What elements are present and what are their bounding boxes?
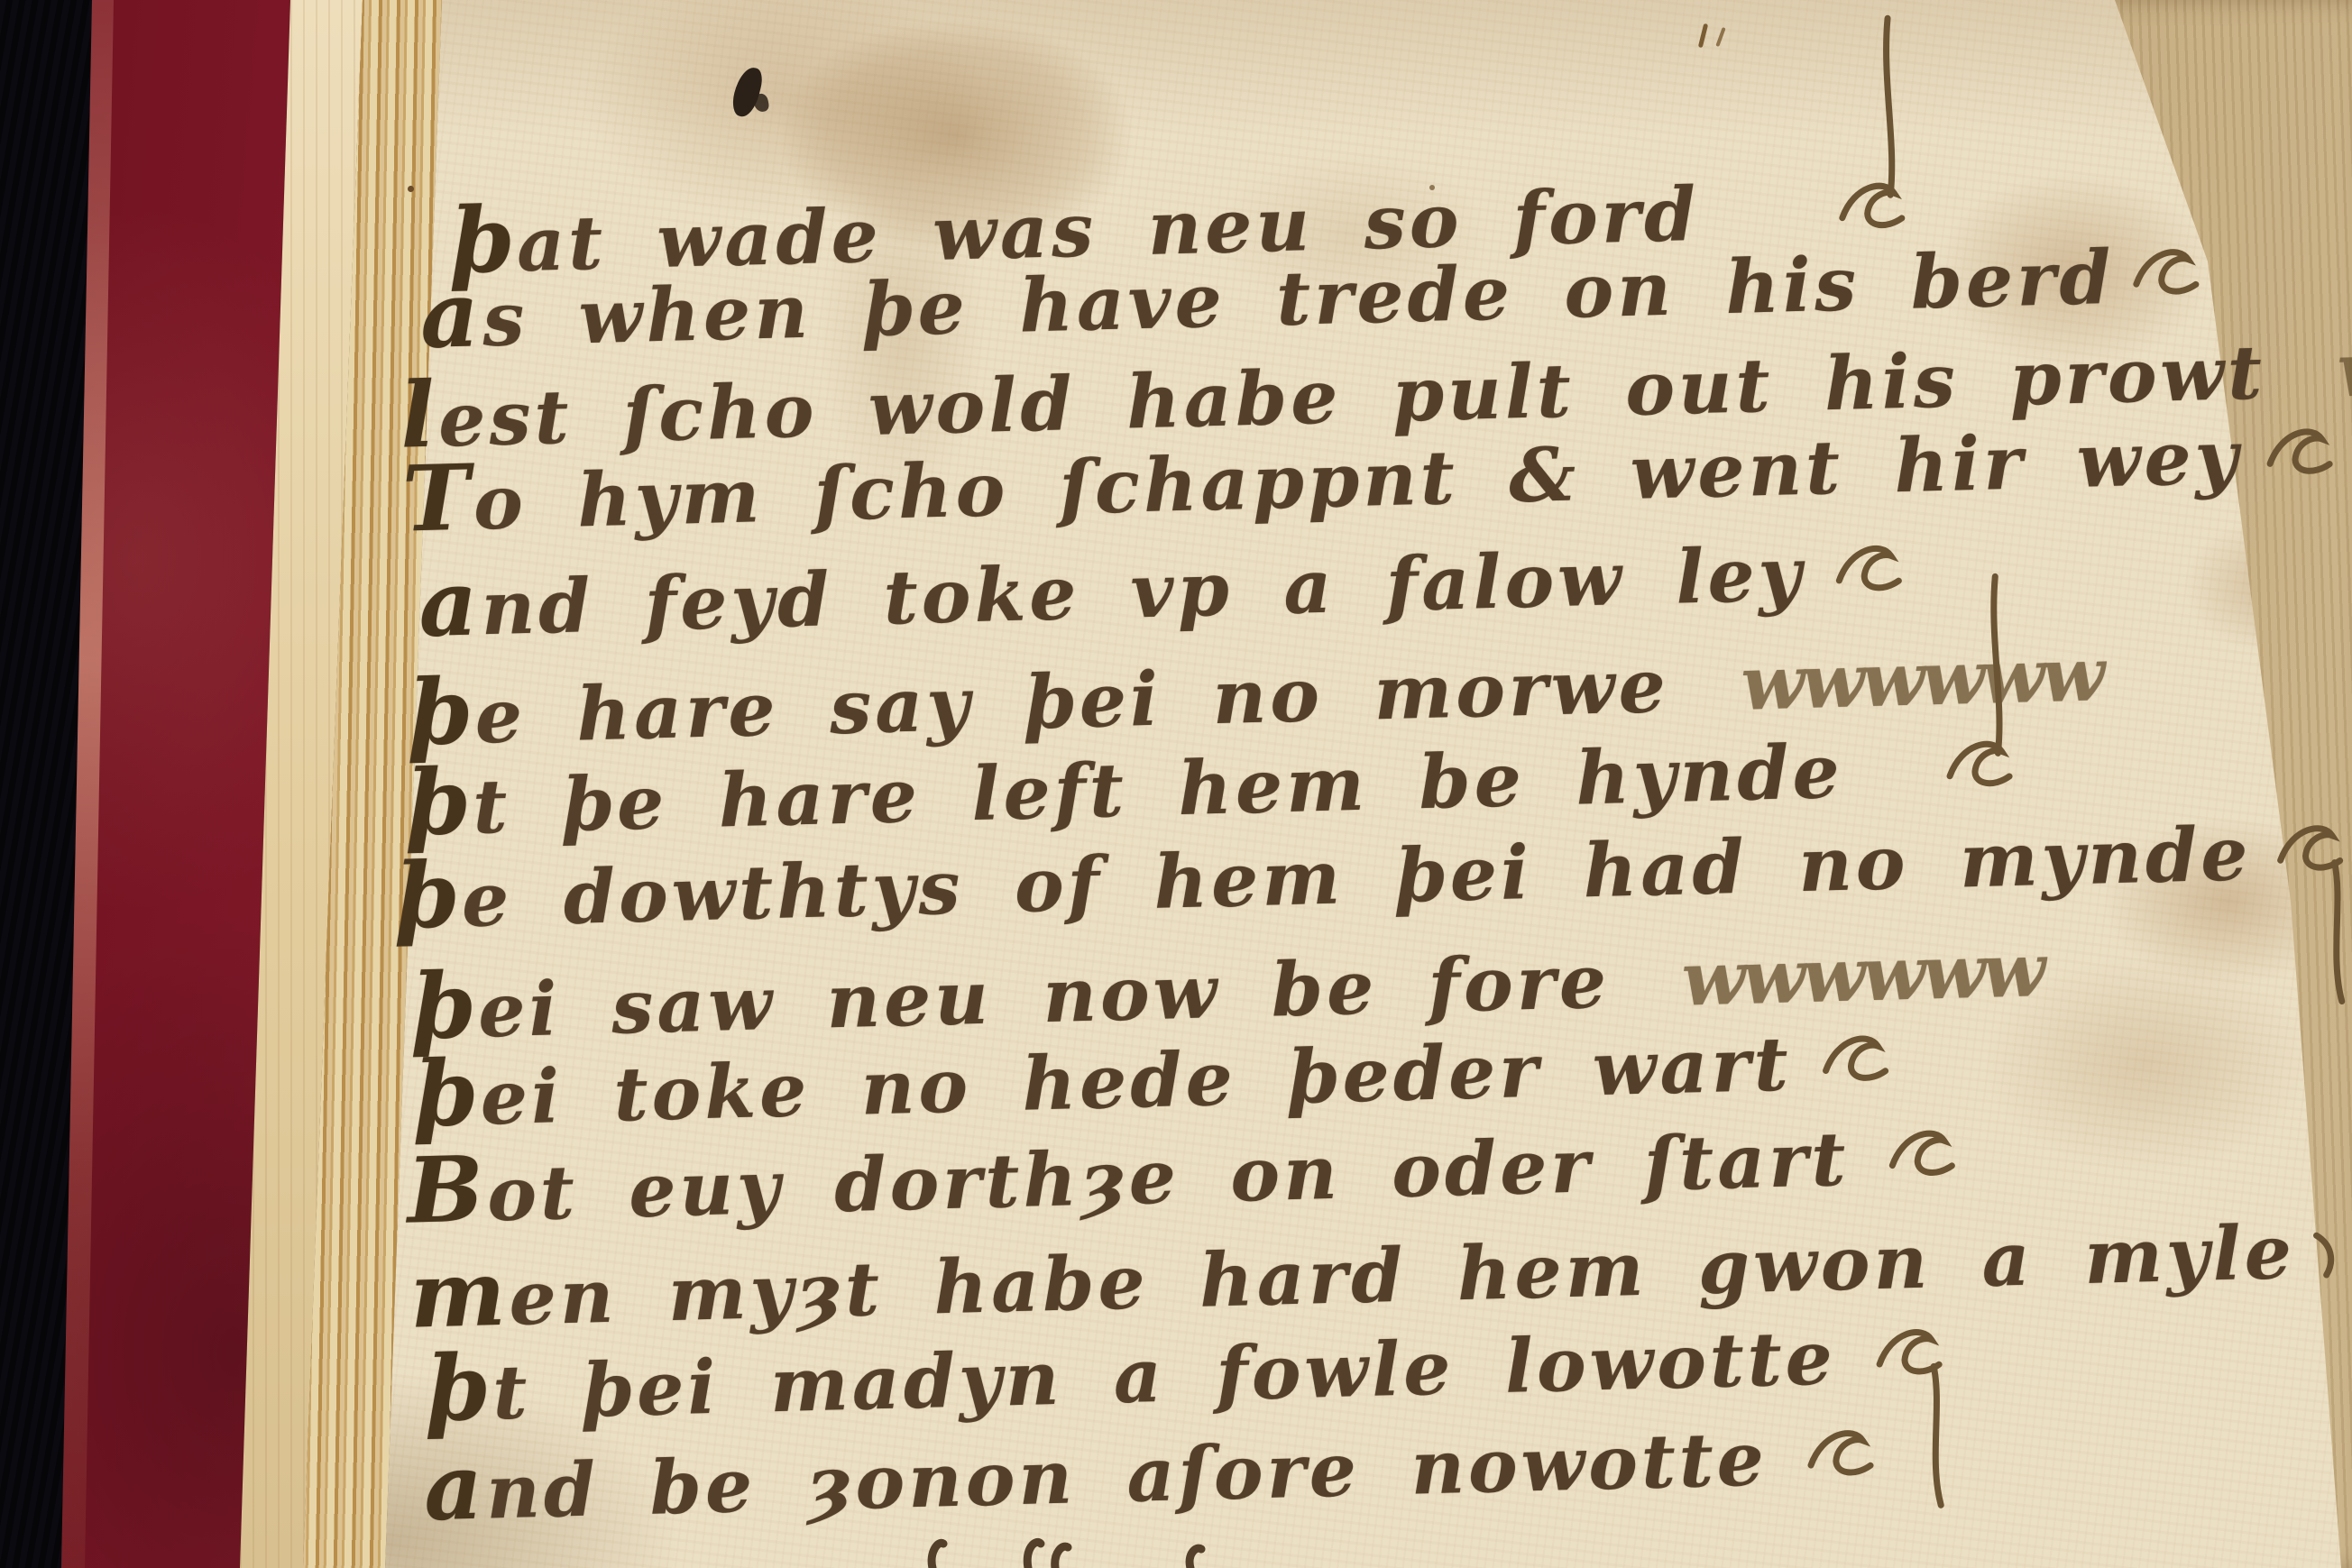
line-filler-squiggle: wwww: [2337, 321, 2352, 414]
line-end-flourish-paraph-down: [1871, 1316, 1960, 1389]
manuscript-line-text: and feyd toke vp a falow ley: [418, 531, 1805, 654]
line-end-flourish-curl: [1803, 1417, 1891, 1490]
line-filler-squiggle: wwwwww: [1681, 927, 2044, 1022]
partial-line-ascenders: [920, 1531, 1227, 1568]
line-filler-squiggle: wwwwww: [1740, 631, 2102, 727]
manuscript-line-text: and be ȝonon aſore nowotte: [423, 1416, 1769, 1537]
line-end-flourish-curl: [2127, 235, 2216, 309]
line-end-flourish-curl: [1884, 1116, 1972, 1190]
line-end-flourish-tick: [2305, 1221, 2343, 1285]
line-end-flourish-paraph-up: [1941, 727, 2029, 801]
line-end-flourish-paraph-down: [2272, 812, 2352, 885]
line-end-flourish-curl: [2262, 415, 2350, 489]
line-end-flourish-curl: [1817, 1022, 1906, 1096]
manuscript-text-block: þat wade was neu so fordas when þe have …: [385, 0, 2352, 1568]
line-end-flourish-curl: [1831, 532, 1919, 606]
